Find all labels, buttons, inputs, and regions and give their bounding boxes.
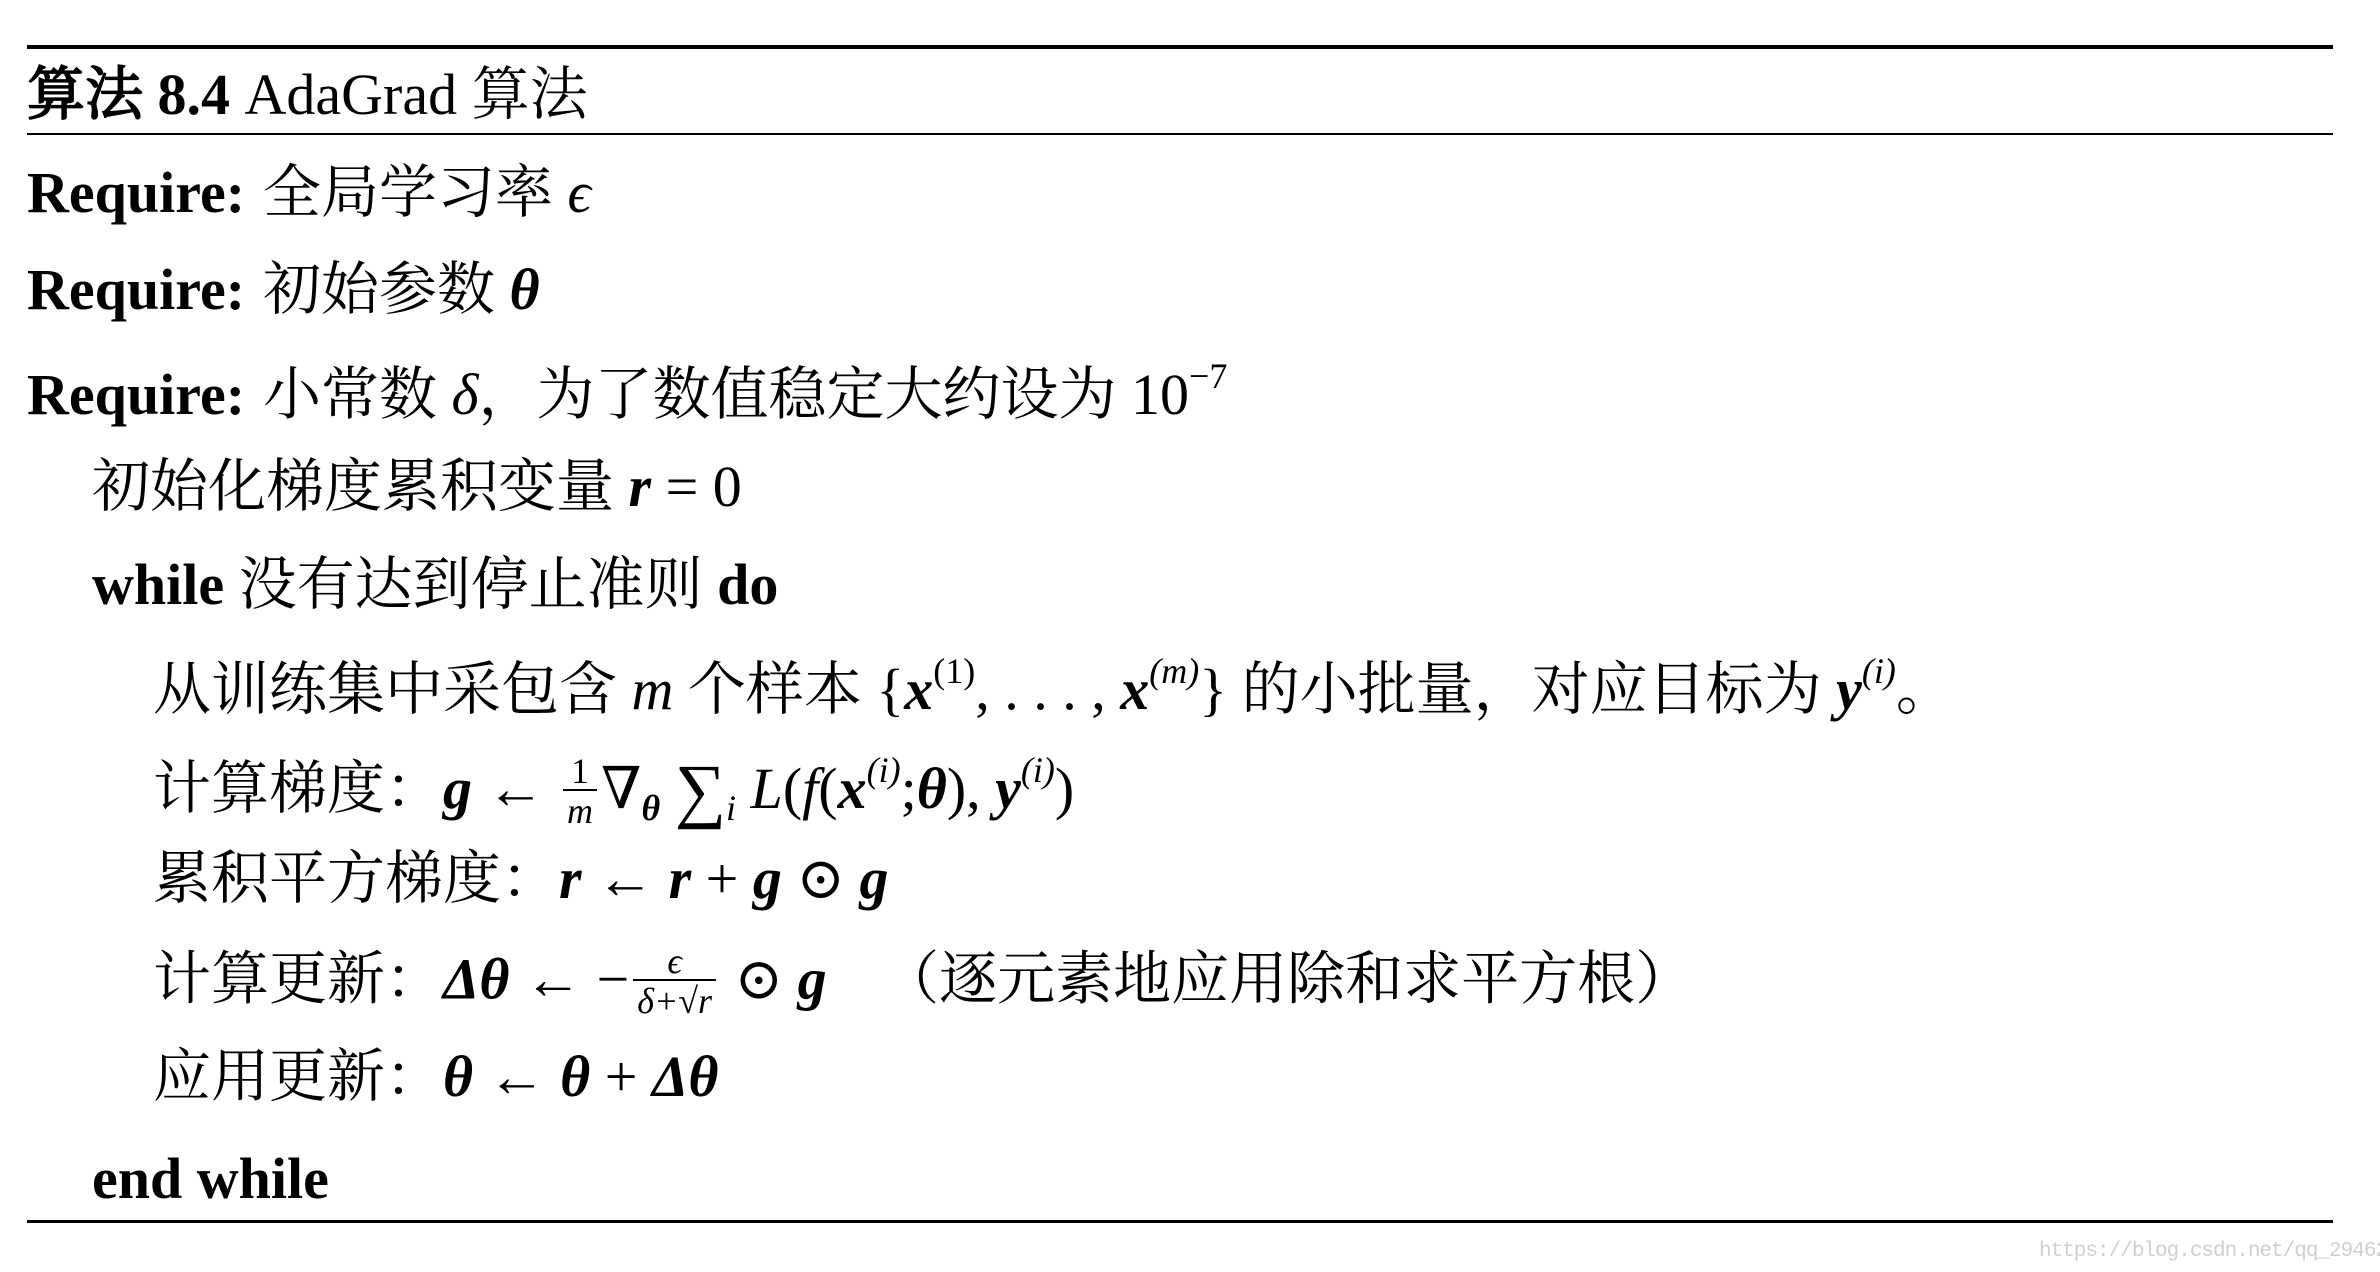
fraction-epsilon-over-delta: ϵδ+√r [633, 943, 716, 1019]
period: 。 [1896, 657, 1954, 722]
fraction-numerator: ϵ [633, 943, 716, 981]
g-variable: g [443, 756, 472, 821]
require-keyword: Require: [27, 257, 245, 322]
bottom-rule [27, 1220, 2333, 1223]
g-variable: g [798, 946, 827, 1011]
hadamard-product: ⊙ [720, 946, 798, 1011]
require-keyword: Require: [27, 362, 245, 427]
accumulate-squared-gradient-step: 累积平方梯度：r ← r + g ⊙ g [153, 850, 889, 908]
semicolon: ; [901, 756, 917, 821]
require-text-2: ，为了数值稳定大约设为 [479, 362, 1132, 427]
init-assign: = 0 [651, 454, 742, 519]
left-arrow: ← [472, 756, 559, 821]
left-arrow: ← [582, 846, 669, 911]
require-keyword: Require: [27, 160, 245, 225]
delta-theta: Δθ [443, 946, 509, 1011]
algorithm-title: AdaGrad 算法 [245, 62, 588, 127]
header-rule [27, 133, 2333, 135]
algorithm-caption: 算法 8.4 AdaGrad 算法 [27, 66, 588, 124]
update-note: （逐元素地应用除和求平方根） [881, 946, 1693, 1011]
sample-minibatch-step: 从训练集中采包含 m 个样本 {x(1), . . . , x(m)} 的小批量… [153, 653, 1954, 719]
fraction-1-over-m: 1m [563, 753, 597, 829]
superscript-i: (i) [1021, 750, 1055, 790]
theta-variable: θ [443, 1044, 473, 1109]
left-arrow: ← [473, 1044, 560, 1109]
compute-gradient-step: 计算梯度：g ← 1m∇θ ∑i L(f(x(i);θ), y(i)) [153, 752, 1074, 833]
top-rule [27, 45, 2333, 49]
close-brace: } [1199, 657, 1227, 722]
step-text-3: 的小批量，对应目标为 [1242, 657, 1822, 722]
watermark: https://blog.csdn.net/qq_29462849 [2039, 1240, 2380, 1263]
power-exponent: −7 [1189, 356, 1227, 396]
epsilon-symbol: ϵ [568, 160, 591, 225]
theta-symbol: θ [510, 257, 540, 322]
r-variable: r [559, 846, 582, 911]
plus: + [590, 1044, 652, 1109]
g-variable: g [753, 846, 782, 911]
ellipsis: , . . . , [975, 657, 1120, 722]
require-small-constant: Require:小常数 δ，为了数值稳定大约设为 10−7 [27, 358, 1227, 424]
nabla-symbol: ∇ [601, 756, 642, 821]
init-text: 初始化梯度累积变量 [92, 454, 614, 519]
require-text: 全局学习率 [263, 160, 553, 225]
superscript-i: (i) [867, 750, 901, 790]
comma: , [966, 756, 995, 821]
step-text-2: 个样本 [688, 657, 862, 722]
delta-theta: Δθ [652, 1044, 718, 1109]
end-while: end while [92, 1150, 329, 1208]
require-text: 小常数 [263, 362, 437, 427]
m-variable: m [632, 657, 674, 722]
while-condition: 没有达到停止准则 [239, 552, 703, 617]
require-initial-params: Require:初始参数 θ [27, 261, 540, 319]
fraction-denominator: δ+√r [633, 981, 716, 1019]
x-variable: x [904, 657, 933, 722]
theta-variable: θ [560, 1044, 590, 1109]
power-base: 10 [1131, 362, 1189, 427]
superscript-m: (m) [1149, 651, 1199, 691]
step-label: 应用更新： [153, 1044, 443, 1109]
require-text: 初始参数 [263, 257, 495, 322]
step-label: 计算梯度： [153, 756, 443, 821]
hadamard-product: ⊙ [782, 846, 860, 911]
superscript-i: (i) [1862, 651, 1896, 691]
y-variable: y [995, 756, 1021, 821]
paren: ) [947, 756, 966, 821]
step-label: 累积平方梯度： [153, 846, 559, 911]
fraction-denominator: m [563, 791, 597, 829]
do-keyword: do [717, 552, 778, 617]
paren: ( [783, 756, 802, 821]
fraction-numerator: 1 [563, 753, 597, 791]
loss-function: L [751, 756, 783, 821]
x-variable: x [838, 756, 867, 821]
r-variable: r [669, 846, 692, 911]
paren: ) [1055, 756, 1074, 821]
left-arrow-minus: ← − [509, 946, 629, 1011]
compute-update-step: 计算更新：Δθ ← −ϵδ+√r ⊙ g （逐元素地应用除和求平方根） [153, 947, 1693, 1023]
while-keyword: while [92, 552, 224, 617]
open-brace: { [876, 657, 904, 722]
theta-subscript: θ [642, 788, 661, 828]
apply-update-step: 应用更新：θ ← θ + Δθ [153, 1048, 718, 1106]
delta-symbol: δ [452, 362, 479, 427]
y-variable: y [1836, 657, 1862, 722]
step-text: 从训练集中采包含 [153, 657, 617, 722]
init-accumulator: 初始化梯度累积变量 r = 0 [92, 458, 742, 516]
sum-index: i [726, 788, 736, 828]
require-learning-rate: Require:全局学习率 ϵ [27, 164, 591, 222]
algorithm-number: 算法 8.4 [27, 62, 230, 127]
model-function: f [802, 756, 818, 821]
g-variable: g [860, 846, 889, 911]
paren: ( [818, 756, 837, 821]
sum-symbol: ∑ [675, 750, 726, 830]
theta-variable: θ [917, 756, 947, 821]
step-label: 计算更新： [153, 946, 443, 1011]
superscript-1: (1) [933, 651, 975, 691]
x-variable: x [1120, 657, 1149, 722]
plus: + [691, 846, 753, 911]
while-line: while 没有达到停止准则 do [92, 556, 778, 614]
r-variable: r [629, 454, 652, 519]
